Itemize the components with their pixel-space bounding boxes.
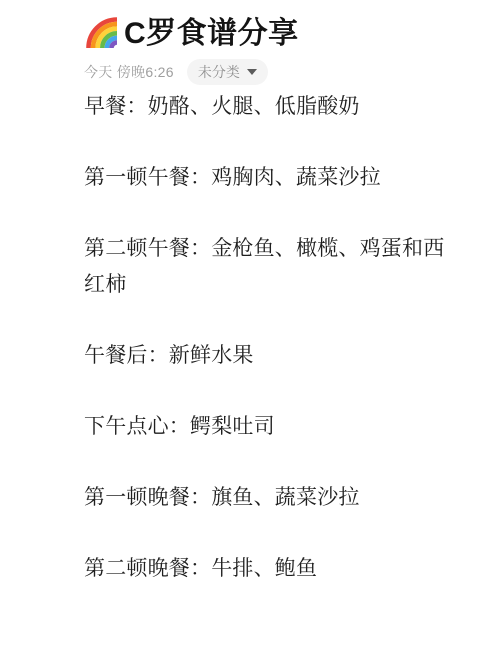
note-paragraph: 第二顿晚餐：牛排、鲍鱼 xyxy=(84,551,445,587)
note-title-text: C罗食谱分享 xyxy=(124,8,299,52)
note-title: C罗食谱分享 xyxy=(84,8,445,52)
note-paragraph: 早餐：奶酪、火腿、低脂酸奶 xyxy=(84,89,445,125)
note-body: 早餐：奶酪、火腿、低脂酸奶 第一顿午餐：鸡胸肉、蔬菜沙拉 第二顿午餐：金枪鱼、橄… xyxy=(84,89,445,587)
rainbow-icon xyxy=(84,11,124,51)
category-badge[interactable]: 未分类 xyxy=(187,59,268,85)
note-paragraph: 午餐后：新鲜水果 xyxy=(84,338,445,374)
note-timestamp: 今天 傍晚6:26 xyxy=(84,62,174,82)
note-meta: 今天 傍晚6:26 未分类 xyxy=(84,59,445,85)
category-label: 未分类 xyxy=(198,62,240,82)
chevron-down-icon xyxy=(247,69,257,75)
note-page: C罗食谱分享 今天 傍晚6:26 未分类 早餐：奶酪、火腿、低脂酸奶 第一顿午餐… xyxy=(0,0,500,652)
note-paragraph: 第一顿午餐：鸡胸肉、蔬菜沙拉 xyxy=(84,160,445,196)
note-paragraph: 第一顿晚餐：旗鱼、蔬菜沙拉 xyxy=(84,480,445,516)
note-paragraph: 下午点心：鳄梨吐司 xyxy=(84,409,445,445)
note-paragraph: 第二顿午餐：金枪鱼、橄榄、鸡蛋和西红柿 xyxy=(84,231,445,303)
